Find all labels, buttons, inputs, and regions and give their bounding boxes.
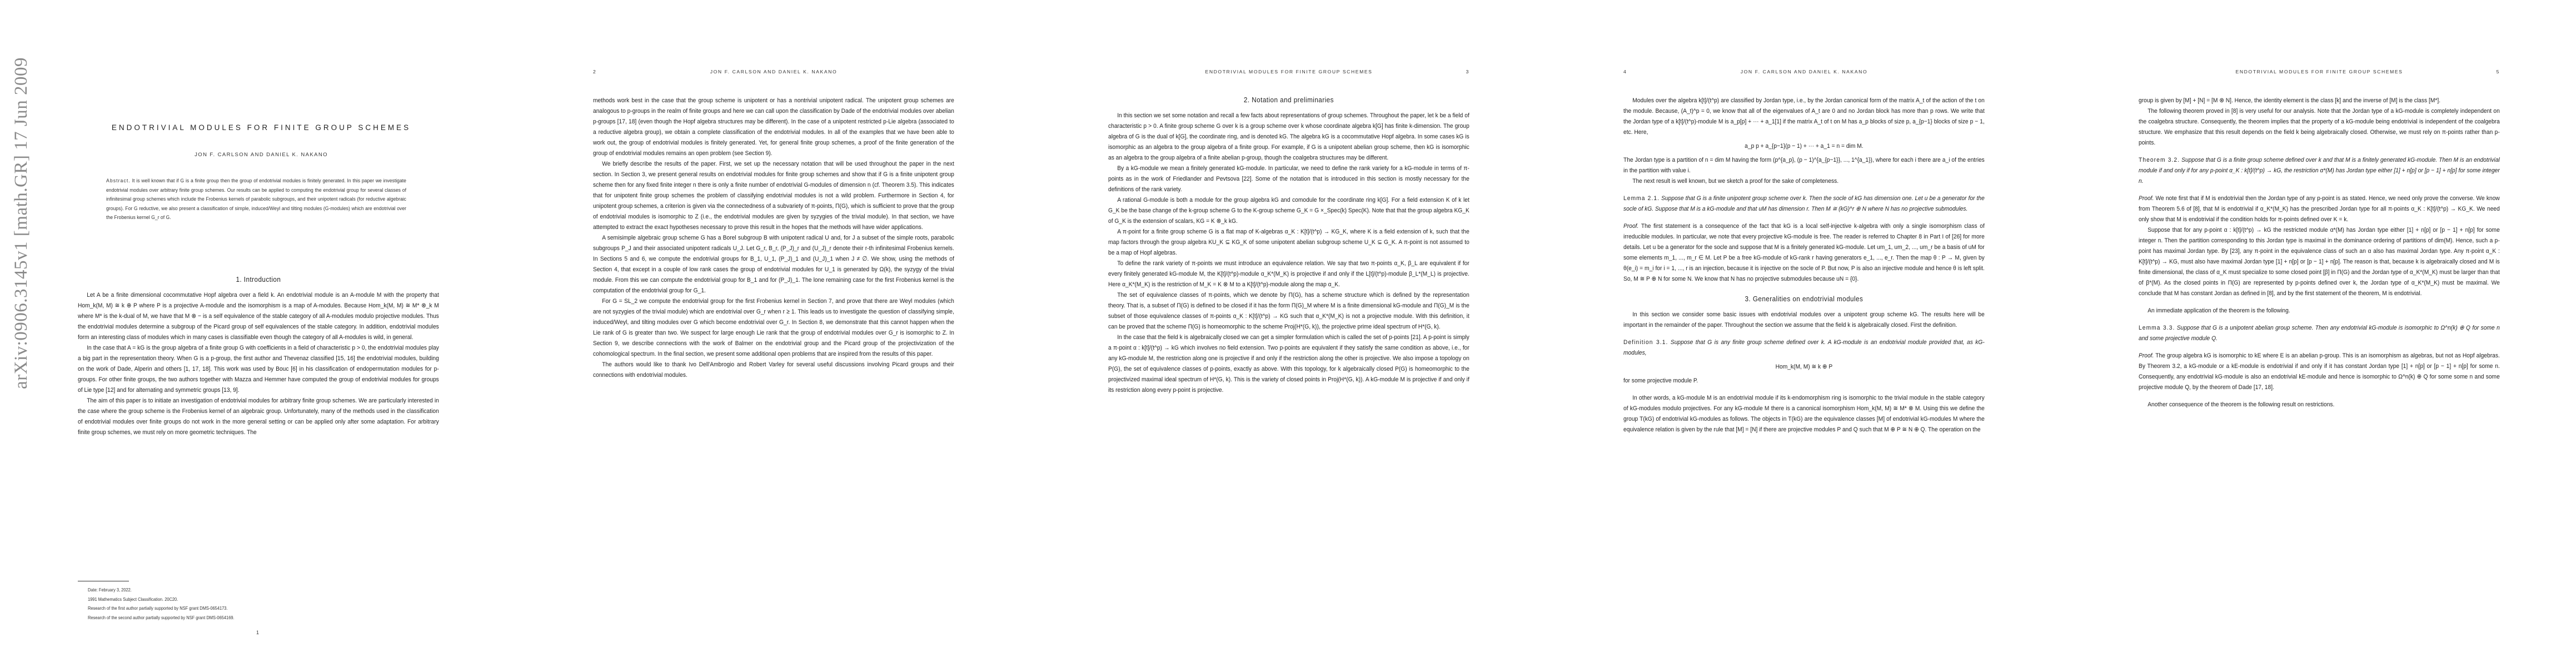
lemma-3-3: Lemma 3.3. Suppose that G is a unipotent…	[2139, 323, 2500, 344]
paragraph: The following theorem proved in [8] is v…	[2139, 106, 2500, 148]
lemma-label: Lemma 3.3.	[2139, 325, 2175, 331]
display-equation: Hom_k(M, M) ≅ k ⊕ P	[1623, 362, 1985, 372]
running-head-title: ENDOTRIVIAL MODULES FOR FINITE GROUP SCH…	[2139, 69, 2500, 74]
section-title-notation: 2. Notation and preliminaries	[1108, 94, 1469, 105]
paragraph: In the case that the field k is algebrai…	[1108, 332, 1469, 396]
paragraph: Modules over the algebra k[t]/(t^p) are …	[1623, 96, 1985, 138]
paragraph: To define the rank variety of π-points w…	[1108, 258, 1469, 290]
paragraph: We briefly describe the results of the p…	[593, 159, 954, 233]
running-head: 2 JON F. CARLSON AND DANIEL K. NAKANO	[593, 69, 954, 77]
running-head-authors: JON F. CARLSON AND DANIEL K. NAKANO	[593, 69, 954, 74]
definition-label: Definition 3.1.	[1623, 339, 1668, 346]
running-head: ENDOTRIVIAL MODULES FOR FINITE GROUP SCH…	[2139, 69, 2500, 77]
paragraph: methods work best in the case that the g…	[593, 96, 954, 159]
running-head: ENDOTRIVIAL MODULES FOR FINITE GROUP SCH…	[1108, 69, 1469, 77]
definition-text: Suppose that G is any finite group schem…	[1623, 339, 1985, 356]
paragraph: A π-point for a finite group scheme G is…	[1108, 227, 1469, 258]
proof: Proof. The group algebra kG is isomorphi…	[2139, 351, 2500, 393]
theorem-3-2: Theorem 3.2. Suppose that G is a finite …	[2139, 155, 2500, 187]
paragraph: A semisimple algebraic group scheme G ha…	[593, 233, 954, 296]
running-head-authors: JON F. CARLSON AND DANIEL K. NAKANO	[1623, 69, 1985, 74]
proof: Proof. The first statement is a conseque…	[1623, 221, 1985, 285]
page-2: 2 JON F. CARLSON AND DANIEL K. NAKANO me…	[515, 0, 1030, 667]
abstract-label: Abstract.	[106, 178, 131, 184]
running-head-title: ENDOTRIVIAL MODULES FOR FINITE GROUP SCH…	[1108, 69, 1469, 74]
page-number-footer: 1	[0, 630, 515, 635]
footnote-grant-2: Research of the second author partially …	[88, 613, 235, 623]
running-head: 4 JON F. CARLSON AND DANIEL K. NAKANO	[1623, 69, 1985, 77]
page-1: arXiv:0906.3145v1 [math.GR] 17 Jun 2009 …	[0, 0, 515, 667]
lemma-text: Suppose that G is a finite unipotent gro…	[1623, 195, 1985, 212]
lemma-text: Suppose that G is a unipotent abelian gr…	[2139, 325, 2500, 342]
abstract: Abstract. It is well known that if G is …	[106, 177, 406, 223]
footnote-grant-1: Research of the first author partially s…	[88, 604, 235, 613]
page-2-body: methods work best in the case that the g…	[593, 96, 954, 381]
proof-text: The first statement is a consequence of …	[1623, 223, 1985, 282]
proof-label: Proof.	[1623, 223, 1638, 230]
display-equation: a_p p + a_{p−1}(p − 1) + ··· + a_1 = n =…	[1623, 141, 1985, 152]
paragraph: By a kG-module we mean a finitely genera…	[1108, 163, 1469, 195]
paragraph-acknowledgements: The authors would like to thank Ivo Dell…	[593, 360, 954, 381]
footnote-msc: 1991 Mathematics Subject Classification.…	[88, 595, 235, 604]
paragraph: The next result is well known, but we sk…	[1623, 176, 1985, 187]
section-title-generalities: 3. Generalities on endotrivial modules	[1623, 293, 1985, 304]
proof-label: Proof.	[2139, 195, 2154, 202]
section-title-introduction: 1. Introduction	[78, 274, 439, 285]
page-5: ENDOTRIVIAL MODULES FOR FINITE GROUP SCH…	[2061, 0, 2576, 667]
paragraph: In other words, a kG-module M is an endo…	[1623, 393, 1985, 435]
page-1-body: 1. Introduction Let A be a finite dimens…	[78, 270, 439, 438]
footnote-date: Date: February 3, 2022.	[88, 585, 235, 595]
definition-tail: for some projective module P.	[1623, 376, 1985, 386]
footnote-divider	[78, 581, 129, 581]
abstract-text: It is well known that if G is a finite g…	[106, 178, 406, 221]
page-number: 5	[2497, 69, 2500, 74]
paper-authors: JON F. CARLSON AND DANIEL K. NAKANO	[92, 152, 431, 158]
lemma-label: Lemma 2.1.	[1623, 195, 1660, 202]
arxiv-stamp: arXiv:0906.3145v1 [math.GR] 17 Jun 2009	[1, 28, 21, 389]
definition-3-1: Definition 3.1. Suppose that G is any fi…	[1623, 337, 1985, 359]
page-4: 4 JON F. CARLSON AND DANIEL K. NAKANO Mo…	[1546, 0, 2061, 667]
page-3: ENDOTRIVIAL MODULES FOR FINITE GROUP SCH…	[1030, 0, 1546, 667]
page-number: 3	[1466, 69, 1469, 74]
paragraph: An immediate application of the theorem …	[2139, 306, 2500, 316]
paper-title: ENDOTRIVIAL MODULES FOR FINITE GROUP SCH…	[92, 123, 431, 132]
footnotes: Date: February 3, 2022. 1991 Mathematics…	[88, 585, 235, 622]
proof-text: We note first that if M is endotrivial t…	[2139, 195, 2500, 223]
paragraph: Suppose that for any p-point α : k[t]/(t…	[2139, 225, 2500, 299]
proof-label: Proof.	[2139, 352, 2154, 359]
paragraph: For G = SL_2 we compute the endotrivial …	[593, 296, 954, 360]
arxiv-stamp-text: arXiv:0906.3145v1 [math.GR] 17 Jun 2009	[11, 57, 32, 389]
theorem-label: Theorem 3.2.	[2139, 157, 2180, 163]
proof-text: The group algebra kG is isomorphic to kE…	[2139, 352, 2500, 391]
paragraph: Let A be a finite dimensional cocommutat…	[78, 290, 439, 343]
paragraph: A rational G-module is both a module for…	[1108, 195, 1469, 227]
lemma-2-1: Lemma 2.1. Suppose that G is a finite un…	[1623, 193, 1985, 215]
paragraph: The set of equivalence classes of π-poin…	[1108, 290, 1469, 332]
page-5-body: group is given by [M] + [N] = [M ⊗ N]. H…	[2139, 96, 2500, 410]
page-4-body: Modules over the algebra k[t]/(t^p) are …	[1623, 96, 1985, 435]
paragraph: The Jordan type is a partition of n = di…	[1623, 155, 1985, 176]
page-3-body: 2. Notation and preliminaries In this se…	[1108, 90, 1469, 396]
paragraph: In the case that A = kG is the group alg…	[78, 343, 439, 396]
theorem-text: Suppose that G is a finite group scheme …	[2139, 157, 2500, 185]
paragraph: Another consequence of the theorem is th…	[2139, 400, 2500, 410]
paragraph: The aim of this paper is to initiate an …	[78, 396, 439, 438]
paragraph: group is given by [M] + [N] = [M ⊗ N]. H…	[2139, 96, 2500, 106]
paragraph: In this section we consider some basic i…	[1623, 310, 1985, 331]
proof: Proof. We note first that if M is endotr…	[2139, 193, 2500, 225]
paragraph: In this section we set some notation and…	[1108, 111, 1469, 163]
